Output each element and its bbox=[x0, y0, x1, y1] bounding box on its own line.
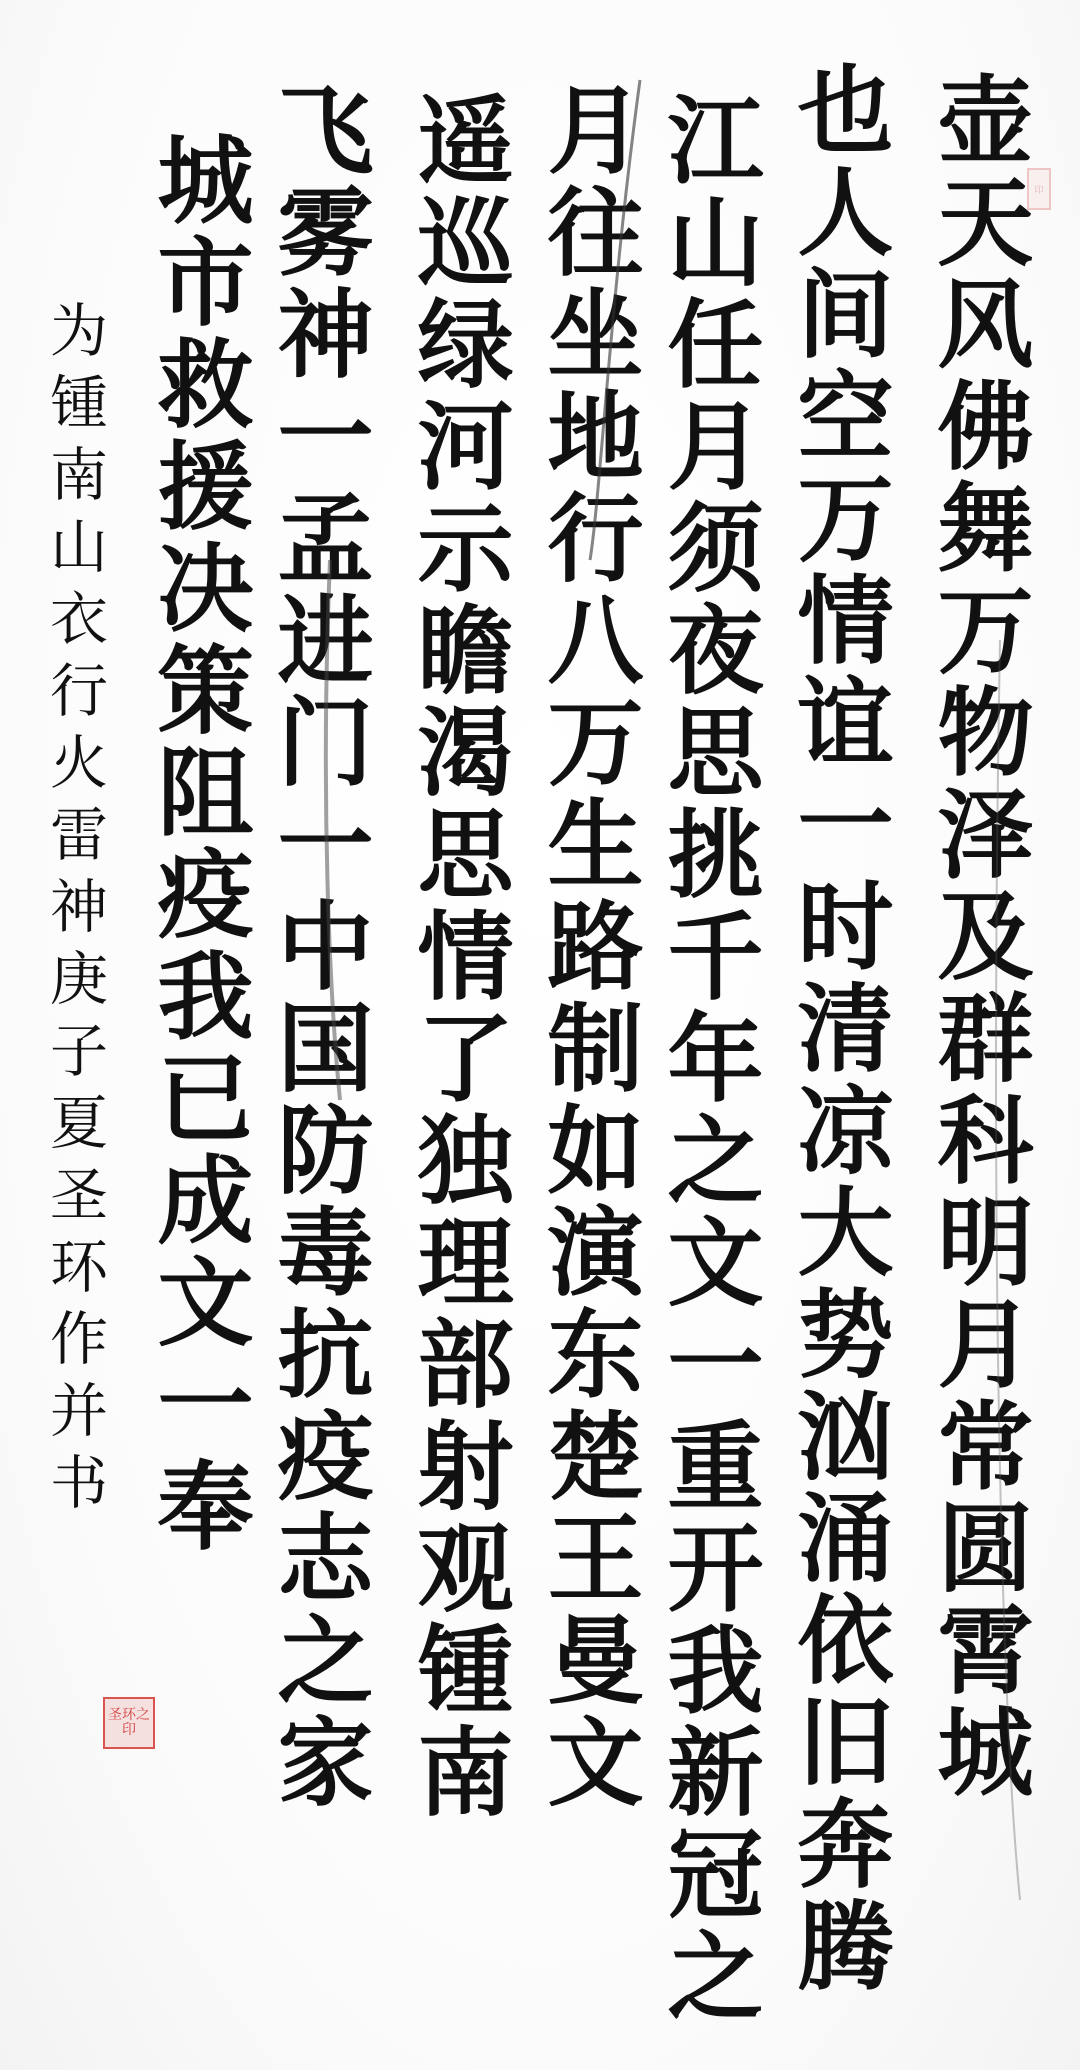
top-right-seal: 印 bbox=[1027, 168, 1051, 210]
calligraphy-column-1: 壶天风佛舞万物泽及群科明月常圆霄城 bbox=[930, 70, 1026, 2030]
calligraphy-column-7: 城市救援决策阻疫我已成文一奉 bbox=[150, 130, 246, 1870]
scroll-paper: 壶天风佛舞万物泽及群科明月常圆霄城 也人间空万情谊一时清凉大势汹涌依旧奔腾 江山… bbox=[0, 0, 1080, 2070]
calligraphy-column-4: 月往坐地行八万生路制如演东楚王曼文 bbox=[540, 80, 636, 2000]
signature-seal: 圣环之印 bbox=[103, 1697, 155, 1749]
calligraphy-column-5: 遥巡绿河示瞻渴思情了独理部射观锺南 bbox=[410, 90, 506, 1990]
calligraphy-column-2: 也人间空万情谊一时清凉大势汹涌依旧奔腾 bbox=[790, 60, 886, 2020]
calligraphy-column-6: 飞雾神一孟进门一中国防毒抗疫志之家 bbox=[270, 80, 366, 1980]
calligraphy-column-3: 江山任月须夜思挑千年之文一重开我新冠之 bbox=[660, 90, 756, 2030]
signature-column: 为锺南山衣行火雷神庚子夏圣环作并书 bbox=[45, 300, 103, 1700]
